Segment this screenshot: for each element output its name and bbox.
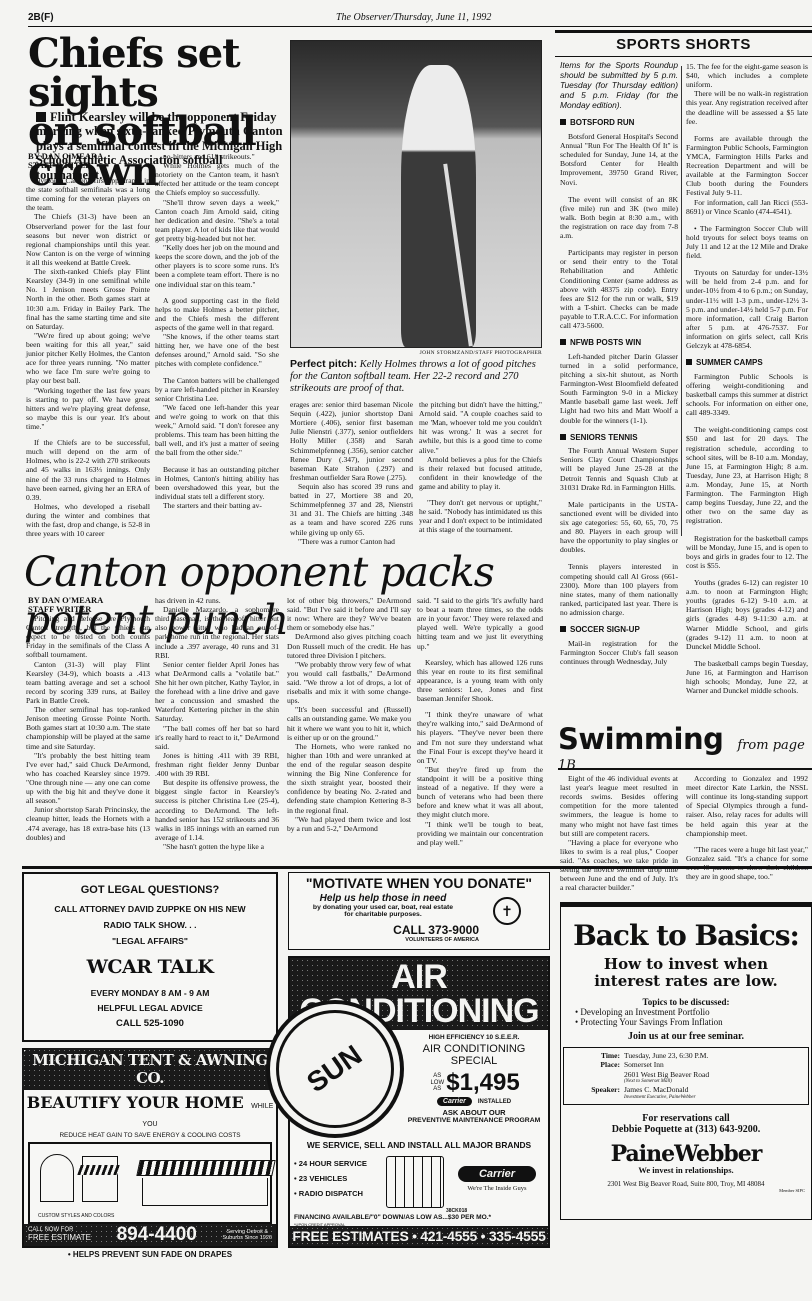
seminar-details-box: Time:Tuesday, June 23, 6:30 P.M. Place:S…: [563, 1047, 809, 1105]
legal-ad-phone: CALL 525-1090: [24, 1018, 276, 1029]
section-nfwb-posts-win: NFWB Posts Win: [560, 338, 678, 348]
story2-column-3: lot of other big throwers," DeArmond sai…: [287, 596, 411, 833]
section-botsford-run: Botsford Run: [560, 118, 678, 128]
window-awning-icon: [82, 1156, 118, 1202]
michigan-tent-awning-ad: MICHIGAN TENT & AWNING CO. BEAUTIFY YOUR…: [22, 1048, 278, 1248]
wcar-talk-logo: WCAR TALK: [24, 956, 276, 978]
bullet-square-icon: [560, 119, 566, 125]
bullet-square-icon: [36, 112, 46, 122]
painewebber-logo: PaineWebber: [561, 1143, 811, 1165]
sports-shorts-title: SPORTS SHORTS: [555, 36, 812, 53]
aircon-price: $1,495: [446, 1069, 519, 1097]
reservation-phone: Debbie Poquette at (313) 643-9200.: [561, 1124, 811, 1135]
swimming-column-1: Eight of the 46 individual events at las…: [560, 774, 678, 892]
sun-logo: SUN: [276, 1010, 394, 1128]
patio-awning-icon: [138, 1154, 274, 1210]
awning-illustration: CUSTOM STYLES AND COLORS: [28, 1142, 272, 1224]
bullet-square-icon: [560, 434, 566, 440]
sports-shorts-rule: [555, 56, 812, 57]
sports-shorts-intro: Items for the Sports Roundup should be s…: [560, 60, 678, 110]
awning-cta-bar: CALL NOW FOR FREE ESTIMATE 894-4400 Serv…: [24, 1224, 276, 1246]
carrier-logo-small: Carrier: [437, 1097, 472, 1106]
ac-unit-illustration: [386, 1156, 444, 1208]
story1-column-1: Plymouth Canton's first appearance in th…: [26, 176, 150, 538]
softball-pitcher-photo: [290, 40, 542, 348]
photo-caption: Perfect pitch: Kelly Holmes throws a lot…: [290, 358, 542, 395]
painewebber-seminar-ad: Back to Basics: How to invest when inter…: [560, 902, 812, 1220]
story1-column-4: the pitching but didn't have the hitting…: [419, 400, 542, 535]
legal-affairs-ad: GOT LEGAL QUESTIONS? CALL ATTORNEY DAVID…: [22, 872, 278, 1042]
swimming-headline: Swimming: [558, 722, 723, 756]
story2-column-2: has driven in 42 runs. Danielle Mazzardo…: [155, 596, 279, 851]
sports-shorts-column-divider: [681, 66, 682, 536]
arched-awning-icon: [40, 1154, 74, 1202]
awning-phone: 894-4400: [117, 1224, 197, 1246]
sports-shorts-left-column: Items for the Sports Roundup should be s…: [560, 60, 678, 666]
story2-column-1: Pitching and defense are Plymouth Canton…: [26, 614, 150, 842]
bullet-square-icon: [560, 626, 566, 632]
volunteers-of-america-ad: "MOTIVATE WHEN YOU DONATE" Help us help …: [288, 872, 550, 950]
sports-shorts-right-column: 15. The fee for the eight-game season is…: [686, 62, 808, 695]
carrier-logo: Carrier: [458, 1166, 536, 1182]
swimming-header: Swimming from page 1B: [558, 722, 812, 774]
aircon-feature-list: • 24 HOUR SERVICE • 23 VEHICLES • RADIO …: [294, 1156, 367, 1202]
bullet-square-icon: [686, 359, 692, 365]
page-folio: 2B(F): [28, 12, 54, 23]
section-summer-camps: Summer Camps: [686, 358, 808, 368]
swimming-rule: [558, 768, 812, 770]
cross-seal-icon: ✝: [493, 897, 521, 925]
topics-list: • Developing an Investment Portfolio • P…: [561, 1007, 811, 1027]
section-soccer-sign-up: Soccer Sign-Up: [560, 625, 678, 635]
story1-headline-line1: Chiefs set sights: [28, 34, 288, 112]
story1-column-2: no-hitters and 618 strikeouts." While Ho…: [155, 152, 279, 510]
aircon-phone-bar: FREE ESTIMATES • 421-4555 • 335-4555: [290, 1226, 548, 1246]
story1-byline: By Dan O'Meara Staff Writer: [28, 152, 103, 171]
section-seniors-tennis: Seniors Tennis: [560, 433, 678, 443]
bullet-square-icon: [560, 339, 566, 345]
masthead-rule: [28, 26, 812, 27]
dateline: The Observer/Thursday, June 11, 1992: [336, 12, 491, 23]
ads-separator-rule: [22, 866, 812, 869]
story2-byline: By Dan O'Meara Staff Writer: [28, 596, 103, 615]
photo-credit: John Stormzand/Staff Photographer: [290, 350, 542, 356]
awning-company-banner: MICHIGAN TENT & AWNING CO.: [22, 1048, 278, 1090]
story1-column-3: erages are: senior third baseman Nicole …: [290, 400, 413, 546]
air-conditioning-ad: AIR CONDITIONING & HEATING SUN HIGH EFFI…: [288, 956, 550, 1248]
sports-shorts-top-rule: [555, 30, 812, 33]
story2-column-4: said. "I said to the girls 'It's awfully…: [417, 596, 543, 847]
donate-phone: CALL 373-9000: [359, 923, 479, 937]
painewebber-ad-title: Back to Basics:: [561, 919, 811, 952]
